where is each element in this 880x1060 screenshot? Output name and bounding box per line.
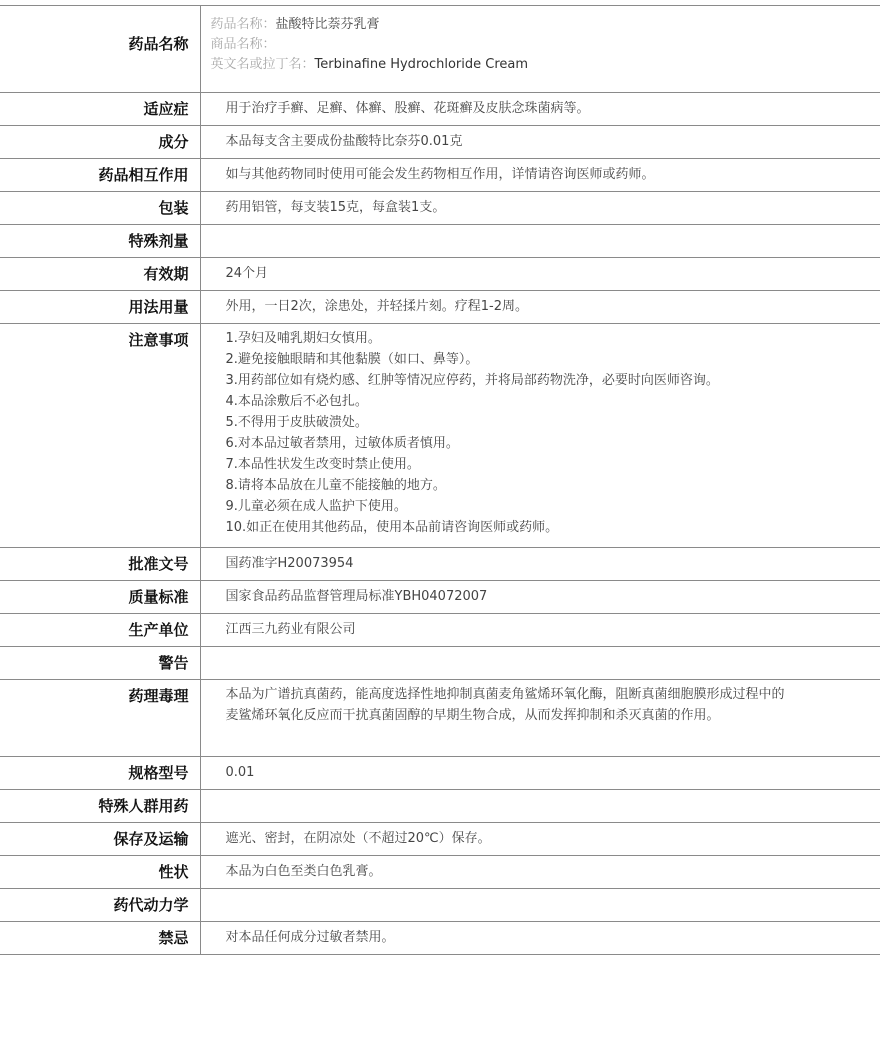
row-approval-number: 批准文号 国药准字H20073954 [0,548,880,581]
value-drug-name: 药品名称：盐酸特比萘芬乳膏 商品名称： 英文名或拉丁名：Terbinafine … [200,6,880,93]
row-pharmacology: 药理毒理 本品为广谱抗真菌药，能高度选择性地抑制真菌麦角鲨烯环氧化酶，阻断真菌细… [0,680,880,757]
precaution-item: 6.对本品过敏者禁用，过敏体质者慎用。 [226,433,880,454]
value-pharmacology: 本品为广谱抗真菌药，能高度选择性地抑制真菌麦角鲨烯环氧化酶，阻断真菌细胞膜形成过… [200,680,880,757]
value-warning [200,647,880,680]
label-precautions: 注意事项 [0,324,200,548]
label-special-populations: 特殊人群用药 [0,790,200,823]
row-warning: 警告 [0,647,880,680]
value-storage: 遮光、密封，在阴凉处（不超过20℃）保存。 [200,823,880,856]
label-shelf-life: 有效期 [0,258,200,291]
row-shelf-life: 有效期 24个月 [0,258,880,291]
precaution-item: 8.请将本品放在儿童不能接触的地方。 [226,475,880,496]
english-name-value: Terbinafine Hydrochloride Cream [315,57,529,72]
row-appearance: 性状 本品为白色至类白色乳膏。 [0,856,880,889]
row-interactions: 药品相互作用 如与其他药物同时使用可能会发生药物相互作用，详情请咨询医师或药师。 [0,159,880,192]
precaution-item: 5.不得用于皮肤破溃处。 [226,412,880,433]
row-ingredients: 成分 本品每支含主要成份盐酸特比奈芬0.01克 [0,126,880,159]
row-storage: 保存及运输 遮光、密封，在阴凉处（不超过20℃）保存。 [0,823,880,856]
row-special-dosage: 特殊剂量 [0,225,880,258]
english-name-line: 英文名或拉丁名：Terbinafine Hydrochloride Cream [211,55,880,75]
precaution-item: 4.本品涂敷后不必包扎。 [226,391,880,412]
precaution-item: 10.如正在使用其他药品，使用本品前请咨询医师或药师。 [226,517,880,538]
precaution-item: 7.本品性状发生改变时禁止使用。 [226,454,880,475]
label-indications: 适应症 [0,93,200,126]
generic-name-value: 盐酸特比萘芬乳膏 [276,17,380,32]
precaution-item: 9.儿童必须在成人监护下使用。 [226,496,880,517]
row-dosage: 用法用量 外用，一日2次，涂患处，并轻揉片刻。疗程1-2周。 [0,291,880,324]
label-special-dosage: 特殊剂量 [0,225,200,258]
row-specification: 规格型号 0.01 [0,757,880,790]
drug-spec-table: 药品名称 药品名称：盐酸特比萘芬乳膏 商品名称： 英文名或拉丁名：Terbina… [0,5,880,955]
label-warning: 警告 [0,647,200,680]
label-specification: 规格型号 [0,757,200,790]
precaution-item: 3.用药部位如有烧灼感、红肿等情况应停药，并将局部药物洗净，必要时向医师咨询。 [226,370,880,391]
generic-name-line: 药品名称：盐酸特比萘芬乳膏 [211,15,880,35]
value-precautions: 1.孕妇及哺乳期妇女慎用。 2.避免接触眼睛和其他黏膜（如口、鼻等）。 3.用药… [200,324,880,548]
label-pharmacology: 药理毒理 [0,680,200,757]
row-drug-name: 药品名称 药品名称：盐酸特比萘芬乳膏 商品名称： 英文名或拉丁名：Terbina… [0,6,880,93]
label-dosage: 用法用量 [0,291,200,324]
label-storage: 保存及运输 [0,823,200,856]
row-quality-standard: 质量标准 国家食品药品监督管理局标准YBH04072007 [0,581,880,614]
row-indications: 适应症 用于治疗手癣、足癣、体癣、股癣、花斑癣及皮肤念珠菌病等。 [0,93,880,126]
trade-name-label: 商品名称： [211,37,276,52]
value-ingredients: 本品每支含主要成份盐酸特比奈芬0.01克 [200,126,880,159]
row-precautions: 注意事项 1.孕妇及哺乳期妇女慎用。 2.避免接触眼睛和其他黏膜（如口、鼻等）。… [0,324,880,548]
value-appearance: 本品为白色至类白色乳膏。 [200,856,880,889]
row-manufacturer: 生产单位 江西三九药业有限公司 [0,614,880,647]
label-pharmacokinetics: 药代动力学 [0,889,200,922]
value-packaging: 药用铝管，每支装15克，每盒装1支。 [200,192,880,225]
value-indications: 用于治疗手癣、足癣、体癣、股癣、花斑癣及皮肤念珠菌病等。 [200,93,880,126]
value-shelf-life: 24个月 [200,258,880,291]
label-approval-number: 批准文号 [0,548,200,581]
value-pharmacokinetics [200,889,880,922]
value-special-populations [200,790,880,823]
precaution-item: 2.避免接触眼睛和其他黏膜（如口、鼻等）。 [226,349,880,370]
generic-name-label: 药品名称： [211,17,276,32]
row-contraindications: 禁忌 对本品任何成分过敏者禁用。 [0,922,880,955]
value-specification: 0.01 [200,757,880,790]
english-name-label: 英文名或拉丁名： [211,57,315,72]
label-drug-name: 药品名称 [0,6,200,93]
label-appearance: 性状 [0,856,200,889]
label-contraindications: 禁忌 [0,922,200,955]
label-ingredients: 成分 [0,126,200,159]
label-packaging: 包装 [0,192,200,225]
value-contraindications: 对本品任何成分过敏者禁用。 [200,922,880,955]
trade-name-line: 商品名称： [211,35,880,55]
value-dosage: 外用，一日2次，涂患处，并轻揉片刻。疗程1-2周。 [200,291,880,324]
value-interactions: 如与其他药物同时使用可能会发生药物相互作用，详情请咨询医师或药师。 [200,159,880,192]
row-special-populations: 特殊人群用药 [0,790,880,823]
value-quality-standard: 国家食品药品监督管理局标准YBH04072007 [200,581,880,614]
precaution-item: 1.孕妇及哺乳期妇女慎用。 [226,328,880,349]
value-approval-number: 国药准字H20073954 [200,548,880,581]
value-special-dosage [200,225,880,258]
label-interactions: 药品相互作用 [0,159,200,192]
row-pharmacokinetics: 药代动力学 [0,889,880,922]
value-manufacturer: 江西三九药业有限公司 [200,614,880,647]
row-packaging: 包装 药用铝管，每支装15克，每盒装1支。 [0,192,880,225]
label-manufacturer: 生产单位 [0,614,200,647]
label-quality-standard: 质量标准 [0,581,200,614]
